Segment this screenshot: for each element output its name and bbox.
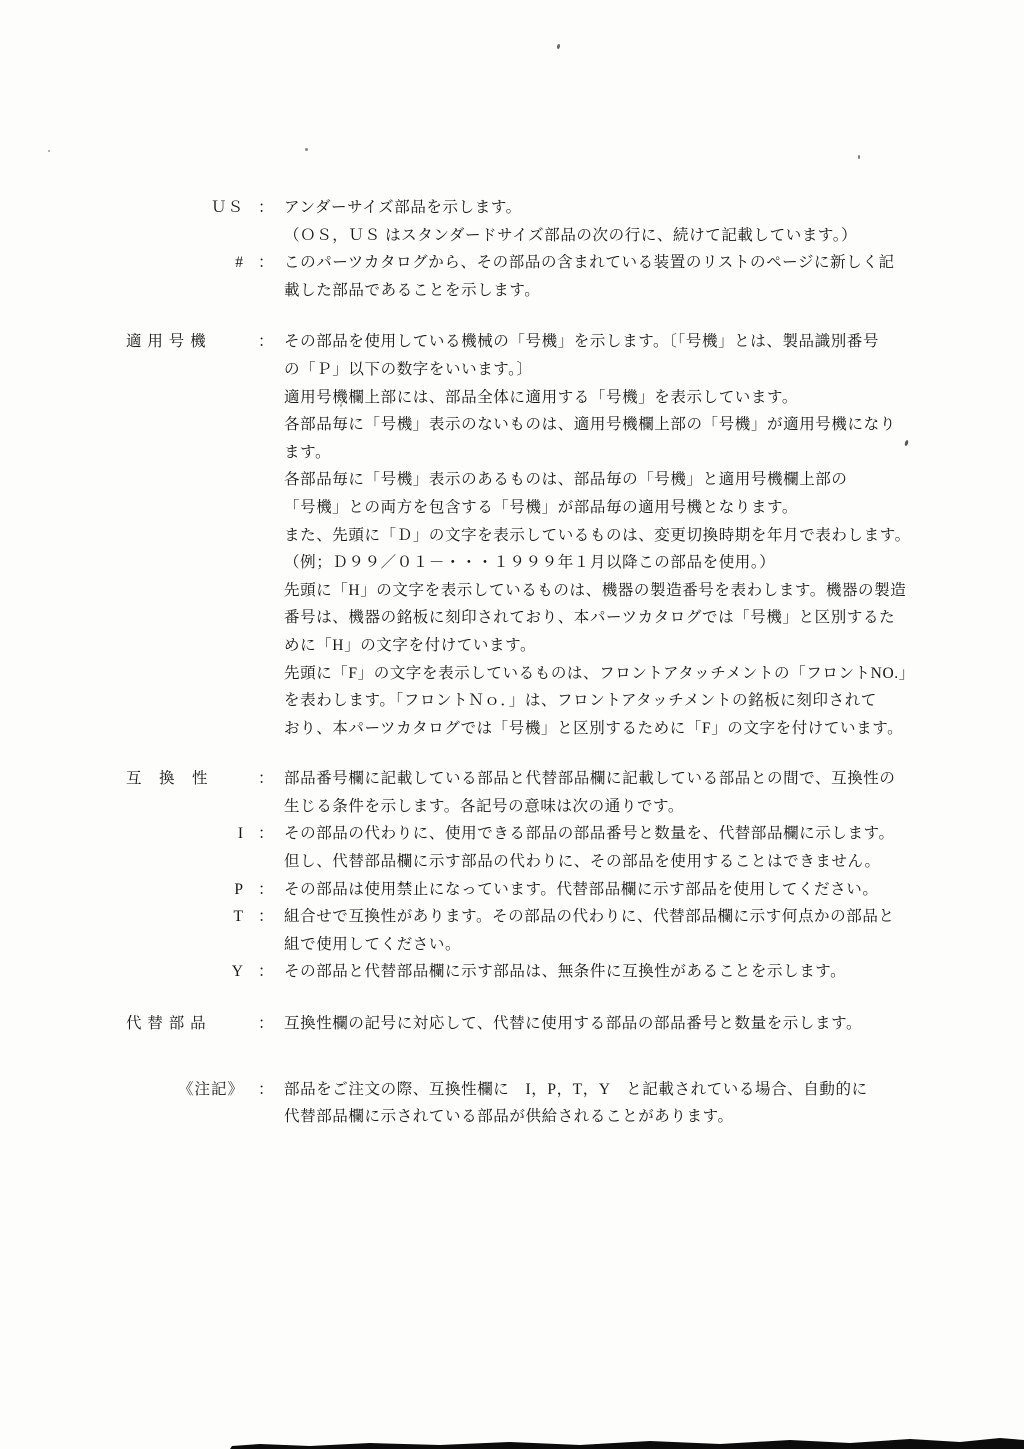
section-label: 適 用 号 機 — [126, 328, 258, 356]
line-text: 「号機」との両方を包含する「号機」が部品毎の適用号機となります。 — [284, 494, 916, 522]
colon-separator: ： — [258, 1076, 284, 1104]
line-text: （ＯＳ，ＵＳ はスタンダードサイズ部品の次の行に、続けて記載しています。） — [284, 222, 916, 250]
colon-separator: ： — [258, 765, 284, 793]
symbol-label: ＵＳ — [126, 194, 258, 222]
section-applicable-serial: 適 用 号 機：その部品を使用している機械の「号機」を示します。〔「号機」とは、… — [126, 328, 916, 742]
line-text: の「Ｐ」以下の数字をいいます。〕 — [284, 356, 916, 384]
colon-separator: ： — [258, 249, 284, 277]
colon-separator: ： — [258, 194, 284, 222]
line-text: 番号は、機器の銘板に刻印されており、本パーツカタログでは「号機」と区別するた — [284, 604, 916, 632]
section-interchangeability: 互 換 性：部品番号欄に記載している部品と代替部品欄に記載している部品との間で、… — [126, 765, 916, 986]
symbol-label: P — [126, 876, 258, 904]
text-row: （ＯＳ，ＵＳ はスタンダードサイズ部品の次の行に、続けて記載しています。） — [126, 222, 916, 250]
text-row: また、先頭に「Ｄ」の文字を表示しているものは、変更切換時期を年月で表わします。 — [126, 522, 916, 550]
line-text: その部品は使用禁止になっています。代替部品欄に示す部品を使用してください。 — [284, 876, 916, 904]
text-row: 各部品毎に「号機」表示のないものは、適用号機欄上部の「号機」が適用号機になり — [126, 411, 916, 439]
line-text: 但し、代替部品欄に示す部品の代わりに、その部品を使用することはできません。 — [284, 848, 916, 876]
text-row: P：その部品は使用禁止になっています。代替部品欄に示す部品を使用してください。 — [126, 876, 916, 904]
scan-speck — [305, 148, 308, 151]
line-text: （例；Ｄ９９／０１－・・・１９９９年１月以降この部品を使用。） — [284, 549, 916, 577]
text-row: 代替部品欄に示されている部品が供給されることがあります。 — [126, 1103, 916, 1131]
line-text: おり、本パーツカタログでは「号機」と区別するために「F」の文字を付けています。 — [284, 715, 916, 743]
section-label: 互 換 性 — [126, 765, 258, 793]
colon-separator: ： — [258, 820, 284, 848]
colon-separator: ： — [258, 958, 284, 986]
scan-speck — [858, 155, 860, 159]
line-text: 先頭に「F」の文字を表示しているものは、フロントアタッチメントの「フロントNO.… — [284, 660, 916, 688]
text-row: （例；Ｄ９９／０１－・・・１９９９年１月以降この部品を使用。） — [126, 549, 916, 577]
line-text: 部品番号欄に記載している部品と代替部品欄に記載している部品との間で、互換性の — [284, 765, 916, 793]
symbol-label: I — [126, 820, 258, 848]
text-row: ＵＳ：アンダーサイズ部品を示します。 — [126, 194, 916, 222]
text-row: めに「H」の文字を付けています。 — [126, 632, 916, 660]
symbol-label: Y — [126, 958, 258, 986]
line-text: 各部品毎に「号機」表示のないものは、適用号機欄上部の「号機」が適用号機になり — [284, 411, 916, 439]
text-row: の「Ｐ」以下の数字をいいます。〕 — [126, 356, 916, 384]
text-row: 《注記》：部品をご注文の際、互換性欄に I，P，T，Y と記載されている場合、自… — [126, 1076, 916, 1104]
text-row: ます。 — [126, 439, 916, 467]
scan-speck — [340, 404, 342, 407]
text-row: 互 換 性：部品番号欄に記載している部品と代替部品欄に記載している部品との間で、… — [126, 765, 916, 793]
colon-separator: ： — [258, 328, 284, 356]
text-row: 但し、代替部品欄に示す部品の代わりに、その部品を使用することはできません。 — [126, 848, 916, 876]
line-text: ます。 — [284, 439, 916, 467]
line-text: 適用号機欄上部には、部品全体に適用する「号機」を表示しています。 — [284, 384, 916, 412]
symbol-label: # — [126, 249, 258, 277]
line-text: 互換性欄の記号に対応して、代替に使用する部品の部品番号と数量を示します。 — [284, 1010, 916, 1038]
scan-edge-shape — [230, 1436, 1024, 1449]
text-row: I：その部品の代わりに、使用できる部品の部品番号と数量を、代替部品欄に示します。 — [126, 820, 916, 848]
scan-speck — [48, 150, 50, 152]
symbol-label: 《注記》 — [126, 1076, 258, 1104]
line-text: その部品と代替部品欄に示す部品は、無条件に互換性があることを示します。 — [284, 958, 916, 986]
text-row: #：このパーツカタログから、その部品の含まれている装置のリストのページに新しく記 — [126, 249, 916, 277]
text-row: 適 用 号 機：その部品を使用している機械の「号機」を示します。〔「号機」とは、… — [126, 328, 916, 356]
text-row: おり、本パーツカタログでは「号機」と区別するために「F」の文字を付けています。 — [126, 715, 916, 743]
section-substitute-parts: 代 替 部 品：互換性欄の記号に対応して、代替に使用する部品の部品番号と数量を示… — [126, 1010, 916, 1038]
section-note: 《注記》：部品をご注文の際、互換性欄に I，P，T，Y と記載されている場合、自… — [126, 1076, 916, 1131]
line-text: 代替部品欄に示されている部品が供給されることがあります。 — [284, 1103, 916, 1131]
colon-separator: ： — [258, 903, 284, 931]
text-row: Y：その部品と代替部品欄に示す部品は、無条件に互換性があることを示します。 — [126, 958, 916, 986]
text-row: 組で使用してください。 — [126, 931, 916, 959]
line-text: また、先頭に「Ｄ」の文字を表示しているものは、変更切換時期を年月で表わします。 — [284, 522, 916, 550]
line-text: 先頭に「H」の文字を表示しているものは、機器の製造番号を表わします。機器の製造 — [284, 577, 916, 605]
line-text: を表わします。「フロントＮｏ．」は、フロントアタッチメントの銘板に刻印されて — [284, 687, 916, 715]
line-text: アンダーサイズ部品を示します。 — [284, 194, 916, 222]
scanned-page: ＵＳ：アンダーサイズ部品を示します。（ＯＳ，ＵＳ はスタンダードサイズ部品の次の… — [0, 0, 1024, 1449]
scan-edge-strip — [230, 1436, 1024, 1449]
line-text: 組で使用してください。 — [284, 931, 916, 959]
line-text: その部品の代わりに、使用できる部品の部品番号と数量を、代替部品欄に示します。 — [284, 820, 916, 848]
line-text: 各部品毎に「号機」表示のあるものは、部品毎の「号機」と適用号機欄上部の — [284, 466, 916, 494]
section-label: 代 替 部 品 — [126, 1010, 258, 1038]
colon-separator: ： — [258, 876, 284, 904]
line-text: 載した部品であることを示します。 — [284, 277, 916, 305]
text-row: 先頭に「F」の文字を表示しているものは、フロントアタッチメントの「フロントNO.… — [126, 660, 916, 688]
text-row: 番号は、機器の銘板に刻印されており、本パーツカタログでは「号機」と区別するた — [126, 604, 916, 632]
line-text: その部品を使用している機械の「号機」を示します。〔「号機」とは、製品識別番号 — [284, 328, 916, 356]
symbol-label: T — [126, 903, 258, 931]
line-text: めに「H」の文字を付けています。 — [284, 632, 916, 660]
line-text: 部品をご注文の際、互換性欄に I，P，T，Y と記載されている場合、自動的に — [284, 1076, 916, 1104]
text-row: 代 替 部 品：互換性欄の記号に対応して、代替に使用する部品の部品番号と数量を示… — [126, 1010, 916, 1038]
text-row: を表わします。「フロントＮｏ．」は、フロントアタッチメントの銘板に刻印されて — [126, 687, 916, 715]
line-text: 組合せで互換性があります。その部品の代わりに、代替部品欄に示す何点かの部品と — [284, 903, 916, 931]
scan-speck — [557, 44, 561, 50]
line-text: このパーツカタログから、その部品の含まれている装置のリストのページに新しく記 — [284, 249, 916, 277]
colon-separator: ： — [258, 1010, 284, 1038]
text-row: 先頭に「H」の文字を表示しているものは、機器の製造番号を表わします。機器の製造 — [126, 577, 916, 605]
text-row: T：組合せで互換性があります。その部品の代わりに、代替部品欄に示す何点かの部品と — [126, 903, 916, 931]
text-row: 「号機」との両方を包含する「号機」が部品毎の適用号機となります。 — [126, 494, 916, 522]
document-content: ＵＳ：アンダーサイズ部品を示します。（ＯＳ，ＵＳ はスタンダードサイズ部品の次の… — [126, 194, 916, 1131]
line-text: 生じる条件を示します。各記号の意味は次の通りです。 — [284, 793, 916, 821]
text-row: 各部品毎に「号機」表示のあるものは、部品毎の「号機」と適用号機欄上部の — [126, 466, 916, 494]
text-row: 適用号機欄上部には、部品全体に適用する「号機」を表示しています。 — [126, 384, 916, 412]
text-row: 生じる条件を示します。各記号の意味は次の通りです。 — [126, 793, 916, 821]
text-row: 載した部品であることを示します。 — [126, 277, 916, 305]
section-abbrev-codes: ＵＳ：アンダーサイズ部品を示します。（ＯＳ，ＵＳ はスタンダードサイズ部品の次の… — [126, 194, 916, 304]
